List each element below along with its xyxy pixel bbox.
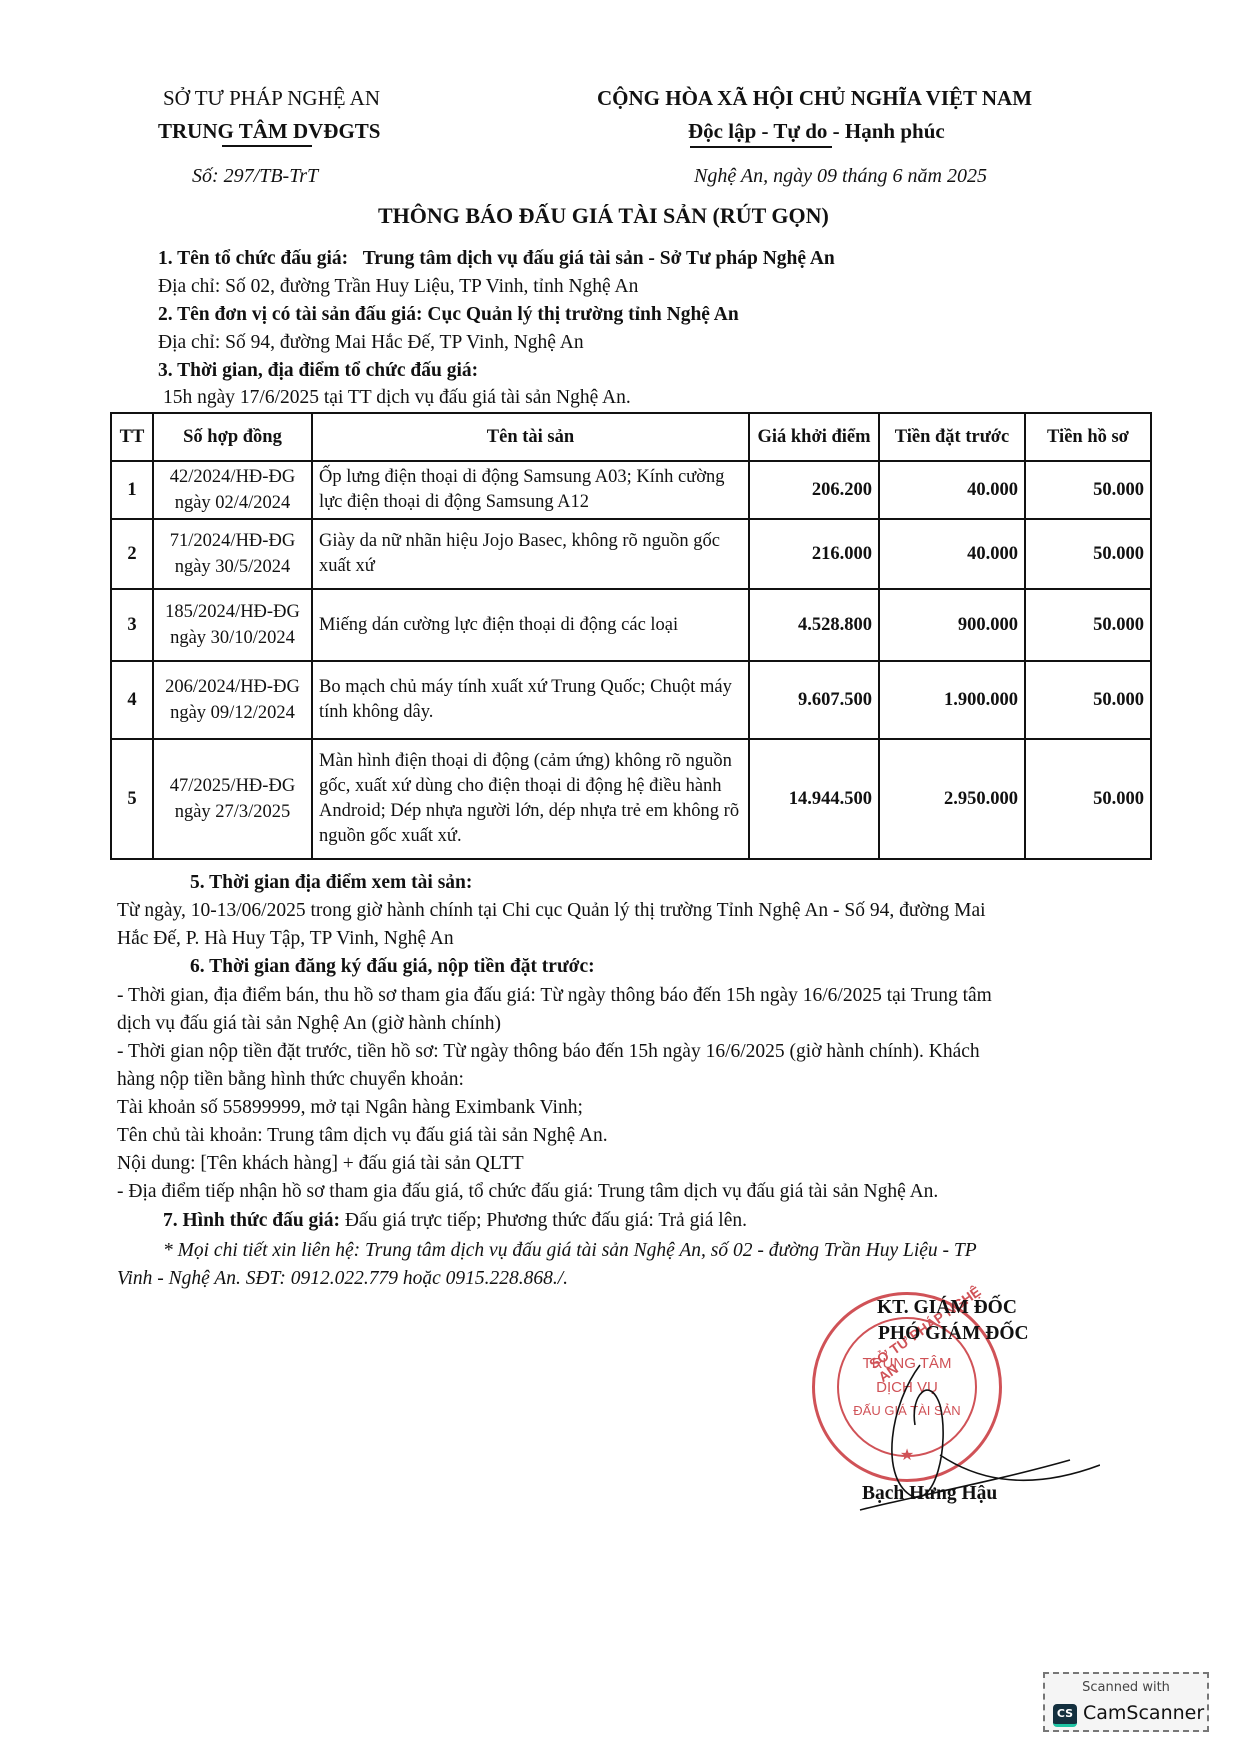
center-name: TRUNG TÂM DVĐGTS: [158, 119, 380, 144]
section-2-label: 2. Tên đơn vị có tài sản đấu giá: Cục Qu…: [158, 301, 739, 329]
fee-amount: 50.000: [1025, 739, 1151, 859]
start-price: 216.000: [749, 519, 879, 589]
table-row: 142/2024/HĐ-ĐG ngày 02/4/2024Ốp lưng điệ…: [111, 461, 1151, 519]
col-header-start-price: Giá khởi điểm: [749, 413, 879, 461]
table-row: 4206/2024/HĐ-ĐG ngày 09/12/2024Bo mạch c…: [111, 661, 1151, 739]
section-3-value: 15h ngày 17/6/2025 tại TT dịch vụ đấu gi…: [163, 384, 631, 412]
section-6-label: 6. Thời gian đăng ký đấu giá, nộp tiền đ…: [190, 953, 595, 981]
deposit-amount: 900.000: [879, 589, 1025, 661]
section-7-label: 7. Hình thức đấu giá:: [163, 1210, 340, 1231]
document-number: Số: 297/TB-TrT: [192, 165, 318, 188]
signer-name: Bạch Hưng Hậu: [862, 1483, 997, 1505]
asset-name: Giày da nữ nhãn hiệu Jojo Basec, không r…: [312, 519, 749, 589]
fee-amount: 50.000: [1025, 589, 1151, 661]
section-1-label: 1. Tên tổ chức đấu giá:: [158, 248, 348, 269]
watermark-caption: Scanned with: [1045, 1680, 1207, 1695]
signature-title-1: KT. GIÁM ĐỐC: [877, 1297, 1017, 1319]
place-date: Nghệ An, ngày 09 tháng 6 năm 2025: [694, 165, 987, 188]
col-header-contract: Số hợp đồng: [153, 413, 312, 461]
asset-name: Miếng dán cường lực điện thoại di động c…: [312, 589, 749, 661]
section-6-line3: - Thời gian nộp tiền đặt trước, tiền hồ …: [117, 1038, 980, 1066]
contract-number: 47/2025/HĐ-ĐG ngày 27/3/2025: [153, 739, 312, 859]
table-header-row: TT Số hợp đồng Tên tài sản Giá khởi điểm…: [111, 413, 1151, 461]
section-2-address: Địa chỉ: Số 94, đường Mai Hắc Đế, TP Vin…: [158, 329, 584, 357]
deposit-amount: 40.000: [879, 519, 1025, 589]
start-price: 14.944.500: [749, 739, 879, 859]
table-row: 3185/2024/HĐ-ĐG ngày 30/10/2024Miếng dán…: [111, 589, 1151, 661]
national-title: CỘNG HÒA XÃ HỘI CHỦ NGHĨA VIỆT NAM: [597, 86, 1032, 111]
signature-title-2: PHÓ GIÁM ĐỐC: [878, 1323, 1029, 1345]
national-motto-underline: [690, 146, 832, 148]
section-3-label: 3. Thời gian, địa điểm tổ chức đấu giá:: [158, 357, 478, 385]
col-header-fee: Tiền hồ sơ: [1025, 413, 1151, 461]
section-7-value: Đấu giá trực tiếp; Phương thức đấu giá: …: [345, 1210, 747, 1231]
section-6-line2: dịch vụ đấu giá tài sản Nghệ An (giờ hàn…: [117, 1010, 501, 1038]
watermark-brand: CamScanner: [1083, 1702, 1204, 1724]
section-5-label: 5. Thời gian địa điểm xem tài sản:: [190, 869, 472, 897]
contact-line2: Vinh - Nghệ An. SĐT: 0912.022.779 hoặc 0…: [117, 1265, 568, 1293]
deposit-amount: 40.000: [879, 461, 1025, 519]
row-number: 4: [111, 661, 153, 739]
camscanner-logo-icon: CS: [1053, 1704, 1077, 1727]
row-number: 2: [111, 519, 153, 589]
section-6-line8: - Địa điểm tiếp nhận hồ sơ tham gia đấu …: [117, 1178, 938, 1206]
row-number: 1: [111, 461, 153, 519]
section-5-line1: Từ ngày, 10-13/06/2025 trong giờ hành ch…: [117, 897, 986, 925]
contract-number: 71/2024/HĐ-ĐG ngày 30/5/2024: [153, 519, 312, 589]
table-row: 271/2024/HĐ-ĐG ngày 30/5/2024Giày da nữ …: [111, 519, 1151, 589]
fee-amount: 50.000: [1025, 661, 1151, 739]
section-5-line2: Hắc Đế, P. Hà Huy Tập, TP Vinh, Nghệ An: [117, 925, 454, 953]
camscanner-watermark: Scanned with CS CamScanner: [1043, 1672, 1209, 1732]
asset-name: Ốp lưng điện thoại di động Samsung A03; …: [312, 461, 749, 519]
section-6-line6: Tên chủ tài khoản: Trung tâm dịch vụ đấu…: [117, 1122, 608, 1150]
asset-name: Màn hình điện thoại di động (cảm ứng) kh…: [312, 739, 749, 859]
section-6-line5: Tài khoản số 55899999, mở tại Ngân hàng …: [117, 1094, 583, 1122]
row-number: 3: [111, 589, 153, 661]
asset-name: Bo mạch chủ máy tính xuất xứ Trung Quốc;…: [312, 661, 749, 739]
deposit-amount: 2.950.000: [879, 739, 1025, 859]
document-title: THÔNG BÁO ĐẤU GIÁ TÀI SẢN (RÚT GỌN): [378, 203, 829, 229]
agency-name: SỞ TƯ PHÁP NGHỆ AN: [163, 86, 380, 111]
fee-amount: 50.000: [1025, 519, 1151, 589]
section-1-address: Địa chỉ: Số 02, đường Trần Huy Liệu, TP …: [158, 273, 638, 301]
contact-line1: * Mọi chi tiết xin liên hệ: Trung tâm dị…: [163, 1237, 977, 1265]
asset-table: TT Số hợp đồng Tên tài sản Giá khởi điểm…: [110, 412, 1152, 860]
col-header-deposit: Tiền đặt trước: [879, 413, 1025, 461]
section-6-line1: - Thời gian, địa điểm bán, thu hồ sơ tha…: [117, 982, 992, 1010]
row-number: 5: [111, 739, 153, 859]
center-name-underline: [222, 145, 312, 147]
deposit-amount: 1.900.000: [879, 661, 1025, 739]
contract-number: 206/2024/HĐ-ĐG ngày 09/12/2024: [153, 661, 312, 739]
contract-number: 42/2024/HĐ-ĐG ngày 02/4/2024: [153, 461, 312, 519]
national-motto: Độc lập - Tự do - Hạnh phúc: [688, 119, 945, 144]
col-header-tt: TT: [111, 413, 153, 461]
section-6-line4: hàng nộp tiền bằng hình thức chuyển khoả…: [117, 1066, 464, 1094]
col-header-asset-name: Tên tài sản: [312, 413, 749, 461]
section-1: 1. Tên tổ chức đấu giá: Trung tâm dịch v…: [158, 245, 835, 273]
section-6-line7: Nội dung: [Tên khách hàng] + đấu giá tài…: [117, 1150, 524, 1178]
table-row: 547/2025/HĐ-ĐG ngày 27/3/2025Màn hình đi…: [111, 739, 1151, 859]
start-price: 206.200: [749, 461, 879, 519]
contract-number: 185/2024/HĐ-ĐG ngày 30/10/2024: [153, 589, 312, 661]
start-price: 4.528.800: [749, 589, 879, 661]
section-7: 7. Hình thức đấu giá: Đấu giá trực tiếp;…: [163, 1207, 747, 1235]
fee-amount: 50.000: [1025, 461, 1151, 519]
section-1-value: Trung tâm dịch vụ đấu giá tài sản - Sở T…: [363, 248, 835, 269]
start-price: 9.607.500: [749, 661, 879, 739]
